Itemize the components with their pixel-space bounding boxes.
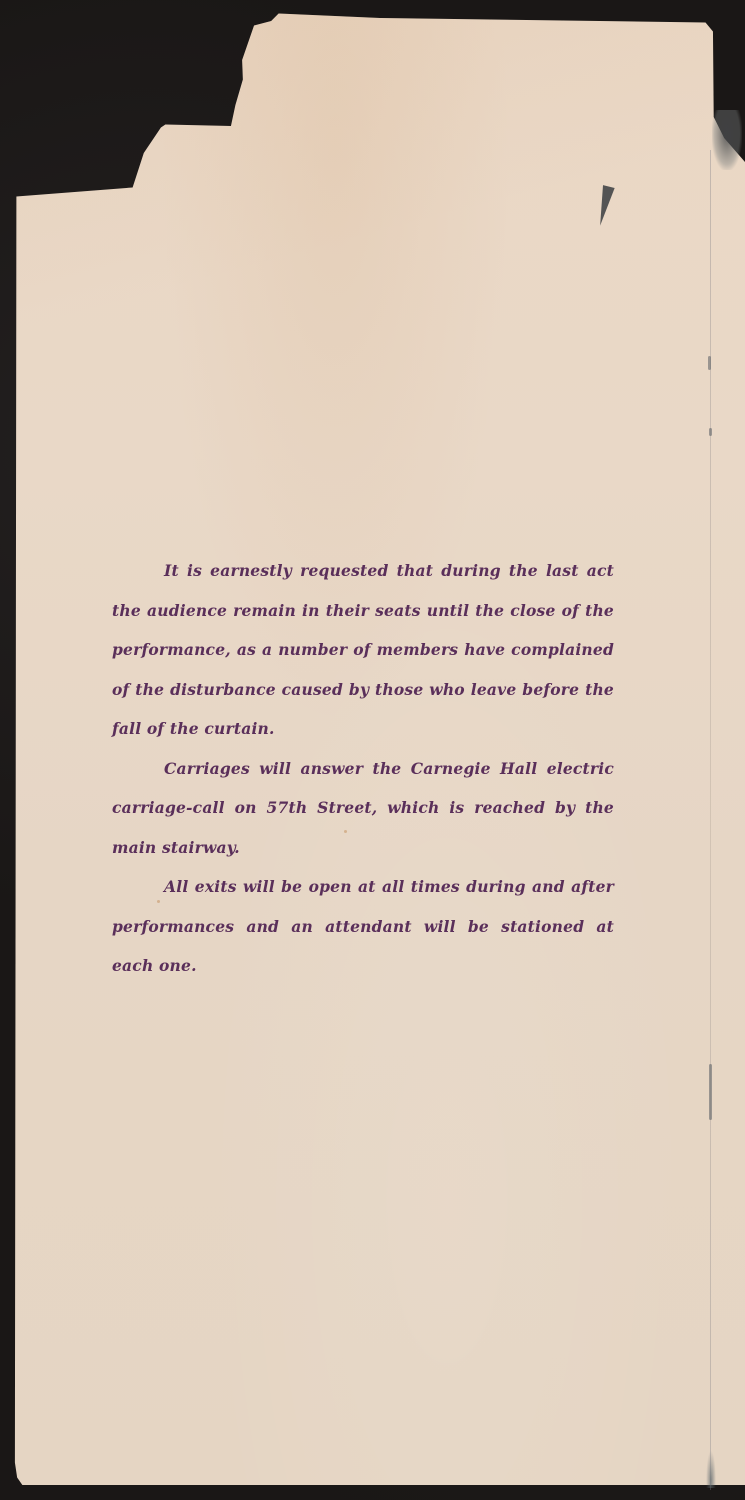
torn-edge-mark	[712, 110, 742, 170]
fold-crease	[710, 150, 711, 1490]
notice-paragraph-carriages: Carriages will answer the Carnegie Hall …	[112, 749, 614, 868]
notice-text-block: It is earnestly requested that during th…	[112, 551, 614, 986]
crease-mark	[709, 428, 712, 436]
corner-tear-mark	[706, 1450, 716, 1488]
notice-paragraph-exits: All exits will be open at all times duri…	[112, 867, 614, 986]
notice-paragraph-last-act: It is earnestly requested that during th…	[112, 551, 614, 749]
crease-mark	[708, 356, 711, 370]
crease-mark	[709, 1064, 712, 1120]
